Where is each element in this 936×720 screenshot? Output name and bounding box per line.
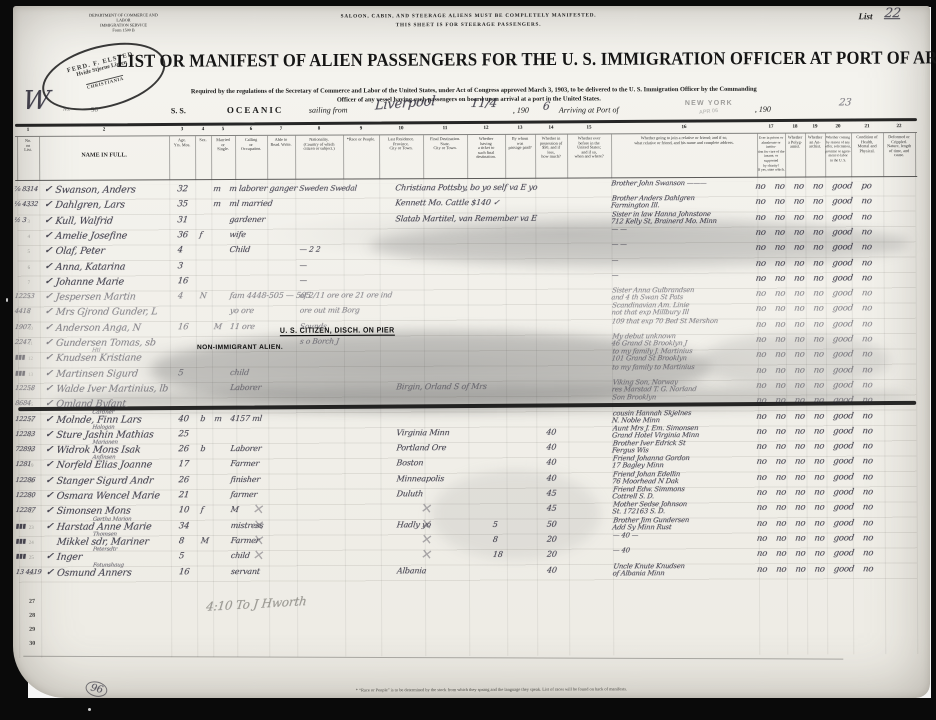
row-relative-address: Sister Anna Gulbrandsen and 4 th Swan St… — [611, 287, 763, 302]
row-occupation: ml married — [229, 199, 273, 208]
row-age: 34 — [178, 521, 190, 531]
column-number: 1 — [17, 128, 39, 133]
column-header: Able to Read. Write. — [267, 138, 295, 147]
column-header: Whether an An- archist. — [805, 135, 825, 149]
row-age: 5 — [177, 368, 183, 378]
required-line: Required by the regulations of the Secre… — [69, 85, 879, 96]
column-number: 10 — [379, 126, 423, 131]
row-marital: M — [213, 322, 222, 331]
row-money-amount: 40 — [546, 458, 557, 467]
column-number: 4 — [195, 127, 211, 132]
column-header: Last Residence. Province. City or Town. — [379, 137, 423, 151]
sheet-no-left: 56 — [91, 106, 98, 114]
row-relative-address: — 40 — [612, 547, 763, 555]
row-inspection-answers: no no no no good no — [756, 456, 921, 467]
row-money-amount: 18 — [492, 550, 503, 559]
row-checkmark: ✓ — [44, 277, 53, 287]
ss-label: S. S. — [171, 106, 186, 115]
row-checkmark: ✓ — [45, 552, 54, 562]
row-checkmark: ✓ — [44, 338, 53, 348]
row-destination: Albania — [396, 566, 426, 575]
footnote: * “Race or People” is to be determined b… — [281, 686, 701, 693]
row-age: 8 — [178, 536, 184, 546]
row-marital: m — [213, 199, 221, 208]
column-header: Final Destination. State. City or Town. — [423, 137, 467, 151]
row-occupation: finisher — [230, 475, 261, 484]
row-money-amount: 20 — [546, 550, 557, 559]
row-inspection-answers: no no no no good no — [755, 242, 920, 253]
row-checkmark: ✓ — [44, 231, 53, 241]
row-age: 31 — [177, 215, 189, 225]
row-checkmark: ✓ — [44, 200, 53, 210]
row-relative-address: to my family to Martinius — [612, 363, 763, 371]
row-passenger-altname: Marianen — [92, 440, 118, 446]
row-passenger-name: Knudsen Kristiane — [55, 353, 142, 364]
row-inspection-answers: no no no no good no — [755, 303, 920, 314]
notice-line-1: SALOON, CABIN, AND STEERAGE ALIENS MUST … — [248, 12, 688, 20]
row-checkmark: ✓ — [45, 430, 54, 440]
row-inspection-answers: no no no no good no — [756, 426, 921, 437]
row-age: 4 — [177, 291, 183, 301]
row-notes: s o Borch J — [299, 337, 339, 346]
row-relative-address: Son Brooklyn — [612, 394, 763, 402]
column-header: Ever in prison or almshouse or institu- … — [757, 136, 785, 173]
row-passenger-name: Walde Iver Martinius, lb — [55, 383, 168, 394]
row-destination: Portland Ore — [396, 443, 447, 452]
column-header: Sex. — [195, 138, 211, 143]
row-number: 29 — [29, 627, 35, 633]
row-relative-address: Aunt Mrs J. Em. Simonsen Grand Hotel Vir… — [611, 425, 763, 440]
column-number: 21 — [851, 124, 883, 129]
row-age: 36 — [177, 230, 189, 240]
row-passenger-altname: Gørtha Marion — [92, 516, 131, 522]
row-occupation: m laborer ganger — [229, 184, 298, 193]
row-passenger-name: Anna, Katarina — [55, 261, 126, 272]
row-relative-address: Brother Jim Gundersen Add Sy Minn Rust — [612, 516, 764, 531]
row-destination: Minneapolis — [396, 474, 445, 483]
row-passenger-name: Kull, Walfrid — [55, 215, 114, 226]
row-checkmark: ✓ — [44, 185, 53, 195]
row-inspection-answers: no no no no good no — [756, 564, 921, 575]
arriving-label: Arriving at Port of — [559, 105, 619, 114]
row-money-amount: 50 — [546, 519, 557, 528]
column-header: Married or Single. — [211, 138, 235, 152]
row-occupation: servant — [230, 566, 260, 575]
row-relative-address: Brother John Swanson ——— — [611, 180, 762, 188]
column-header: *Race or People. — [343, 137, 379, 142]
row-inspection-answers: no no no no good no — [756, 380, 921, 391]
column-number: 8 — [295, 127, 343, 132]
row-inspection-answers: no no no no good no — [756, 395, 921, 406]
row-age: 26 — [178, 444, 190, 454]
row-number: 27 — [29, 599, 35, 605]
row-checkmark: ✓ — [44, 353, 53, 363]
row-number: 30 — [29, 641, 35, 647]
row-relative-address: Viking Son, Norway res Marstad T. G. Nor… — [611, 379, 763, 394]
corner-mark: 96 — [84, 679, 109, 699]
row-age: 21 — [178, 490, 190, 500]
row-passenger-name: Mrs Gjrond Gunder, L — [55, 307, 158, 318]
row-inspection-answers: no no no no good no — [756, 411, 921, 422]
row-destination: Boston — [396, 459, 424, 468]
column-header: Deformed or Crippled. Nature, length of … — [883, 135, 915, 158]
row-checkmark: ✓ — [45, 475, 54, 485]
column-header: Age. Yrs. Mos. — [169, 138, 195, 147]
row-checkmark: ✓ — [44, 246, 53, 256]
row-passenger-name: Stanger Sigurd Andr — [56, 475, 154, 486]
row-destination: Kennett Mo. Cattle $140 ✓ — [395, 198, 500, 207]
oval-stamp: FERD. F. ELSTED Hvide Stjerne Linien CHR… — [35, 31, 172, 122]
row-relative-address: — — — [611, 241, 762, 249]
row-checkmark: ✓ — [45, 460, 54, 470]
column-header: Whether ever before in the United States… — [567, 136, 611, 159]
row-occupation: wife — [229, 230, 246, 239]
row-money-amount: 8 — [492, 535, 498, 544]
year-label-2: , 190 — [755, 105, 771, 114]
row-relative-address: Friend Johanna Gordon 17 Bagley Minn — [612, 455, 764, 470]
row-number: 5 — [28, 250, 31, 255]
row-money-amount: 40 — [546, 443, 557, 452]
row-money-amount: 5 — [492, 519, 498, 528]
row-age: 40 — [178, 414, 190, 424]
us-citizen-stamp: U. S. CITIZEN, DISCH. ON PIER — [280, 327, 395, 336]
row-money-amount: 40 — [546, 473, 557, 482]
row-occupation: Farmer — [230, 459, 260, 468]
row-relative-address: to my family J. Martinius 101 Grand St B… — [611, 348, 763, 363]
row-inspection-answers: no no no no good no — [756, 518, 921, 529]
row-destination: Birgin, Orland S of Mrs — [396, 382, 488, 391]
row-inspection-answers: no no no no good no — [755, 334, 920, 345]
row-occupation: M — [230, 505, 239, 514]
crossed-out-mark: ✕ — [420, 547, 434, 565]
row-occupation: Child — [229, 245, 251, 254]
column-number: 19 — [805, 124, 825, 129]
row-ticket-number: ▮▮▮ — [15, 537, 56, 545]
row-inspection-answers: no no no no good no — [756, 548, 921, 559]
row-inspection-answers: no no no no good no — [756, 487, 921, 498]
row-age: 25 — [178, 429, 190, 439]
column-number: 6 — [235, 127, 267, 132]
row-relative-address: — — [611, 272, 762, 280]
row-age: 16 — [178, 567, 190, 577]
non-immigrant-stamp: NON-IMMIGRANT ALIEN. — [197, 344, 283, 351]
row-relative-address: Brother Iver Edrick St Fergus Wis — [612, 440, 764, 455]
row-inspection-answers: no no no no good no — [756, 441, 921, 452]
row-age: 5 — [178, 551, 184, 561]
row-relative-address: Mother Sedse Johnson St. 172163 S. D. — [612, 501, 764, 516]
row-inspection-answers: no no no no good no — [755, 212, 920, 223]
list-number: 22 — [884, 6, 902, 21]
row-passenger-altname: Halogan — [92, 424, 115, 430]
table-end-line — [23, 656, 843, 660]
row-money-amount: 40 — [546, 427, 557, 436]
row-relative-address: My debut unknown 46 Grand St Brooklyn J — [611, 333, 763, 348]
row-sex: f — [199, 230, 203, 239]
row-age: 16 — [177, 276, 189, 286]
row-passenger-name: Olaf, Peter — [55, 246, 105, 257]
column-number: 20 — [825, 124, 851, 129]
row-inspection-answers: no no no no good no — [755, 365, 920, 376]
row-number: 6 — [28, 265, 31, 270]
page-no: 23 — [838, 97, 852, 108]
sailing-from-label: sailing from — [309, 106, 348, 115]
year-label: , 190 — [513, 106, 529, 115]
sailing-date: 11/4 — [470, 96, 498, 110]
row-passenger-altname: Fotunshaug — [93, 562, 125, 568]
row-passenger-name: Amelie Josefine — [55, 230, 128, 241]
row-passenger-altname: Petersdtr — [92, 547, 117, 553]
row-occupation: yo ore — [229, 306, 254, 315]
column-header: Calling or Occupation. — [235, 138, 267, 152]
column-header: Whether a Polyg- amist. — [785, 136, 805, 150]
row-passenger-name: Simonsen Mons — [56, 506, 131, 517]
row-notes: ore out mit Borg — [299, 306, 360, 315]
arrival-port-stamp: NEW YORK — [685, 100, 733, 107]
row-passenger-altname: Cardner — [92, 409, 114, 415]
row-passenger-altname: Thomsen — [92, 531, 117, 537]
no-label: No. — [63, 108, 70, 113]
row-notes: of 2/11 ore ore 21 ore ind — [299, 290, 393, 299]
row-checkmark: ✓ — [44, 215, 53, 225]
row-relative-address: Scandinavian Am. Linie not that exp Mill… — [611, 302, 763, 317]
row-inspection-answers: no no no no good no — [756, 533, 921, 544]
column-header: Whether in possession of $50, and if les… — [535, 137, 567, 160]
column-number: 12 — [467, 126, 505, 131]
row-age: 3 — [177, 261, 183, 271]
row-occupation: Laborer — [230, 444, 262, 453]
row-age: 16 — [177, 322, 189, 332]
row-checkmark: ✓ — [44, 368, 53, 378]
row-relative-address: Sister in law Hanna Johnstone 712 Kelly … — [611, 210, 763, 225]
column-number: 16 — [611, 125, 757, 131]
row-destination: Duluth — [396, 489, 424, 498]
row-inspection-answers: no no no no good po — [755, 181, 920, 192]
row-checkmark: ✓ — [45, 491, 54, 501]
row-checkmark: ✓ — [45, 445, 54, 455]
row-sex: b — [200, 414, 206, 423]
row-occupation: gardener — [229, 214, 266, 223]
column-number: 5 — [211, 127, 235, 132]
row-relative-address: Brother Anders Dahlgren Farmington Ill. — [610, 195, 762, 210]
row-money-amount: 20 — [546, 535, 557, 544]
row-age: 26 — [178, 475, 190, 485]
crossed-out-mark: ✕ — [252, 547, 266, 565]
row-inspection-answers: no no no no good no — [755, 349, 920, 360]
column-number: 18 — [785, 125, 805, 130]
row-passenger-name: Norfeld Elias Joanne — [56, 460, 153, 471]
row-inspection-answers: no no no no good no — [755, 258, 920, 269]
row-passenger-name: Osmara Wencel Marie — [56, 490, 160, 501]
row-money-amount: 45 — [546, 489, 557, 498]
column-number: 15 — [567, 125, 611, 130]
row-marital: m — [214, 414, 222, 423]
row-checkmark: ✓ — [44, 261, 53, 271]
column-header: Whether coming by reason of any offer, s… — [825, 135, 851, 163]
row-relative-address: Uncle Knute Knudsen of Albania Minn — [612, 562, 764, 577]
row-inspection-answers: no no no no good no — [756, 472, 921, 483]
row-sex: M — [200, 536, 209, 545]
row-relative-address: — — [611, 256, 762, 264]
row-sex: f — [200, 505, 204, 514]
row-passenger-name: Swanson, Anders — [55, 184, 137, 195]
row-passenger-name: Jespersen Martin — [55, 292, 136, 303]
column-header: NAME IN FULL. — [39, 153, 169, 158]
row-occupation: child — [230, 551, 250, 560]
column-header: No. on List. — [17, 139, 39, 153]
dept-stamp: DEPARTMENT OF COMMERCE AND LABOR IMMIGRA… — [84, 12, 162, 32]
row-destination: Slatab Martitel, van Remember va E — [395, 213, 537, 223]
column-header: Whether having a ticket to such final de… — [467, 137, 505, 160]
column-number: 2 — [39, 127, 169, 133]
row-money-amount: 40 — [546, 565, 557, 574]
list-label: List — [858, 11, 872, 21]
row-occupation: child — [230, 368, 250, 377]
row-age: 32 — [177, 184, 189, 194]
row-marital: m — [213, 184, 221, 193]
row-passenger-name: Gundersen Tomas, sb — [55, 337, 156, 348]
row-relative-address: cousin Hannah Skjelnes N. Noble Minn — [611, 409, 763, 424]
row-relative-address: Friend Johan Edellin 76 Moorhead N Dak — [612, 470, 764, 485]
column-header: Nationality. (Country of which citizen o… — [295, 138, 343, 152]
scanned-manifest-page: DEPARTMENT OF COMMERCE AND LABOR IMMIGRA… — [0, 0, 936, 720]
row-age: 4 — [177, 245, 183, 255]
row-checkmark: ✓ — [44, 322, 53, 332]
row-inspection-answers: no no no no good no — [756, 502, 921, 513]
row-destination: Virginia Minn — [396, 428, 450, 437]
row-relative-address: — 40 — — [612, 532, 763, 540]
column-header: Condition of Health, Mental and Physical… — [851, 135, 883, 154]
row-passenger-name: Martinsen Sigurd — [55, 368, 138, 379]
row-passenger-altname: Anfinsen — [92, 455, 116, 461]
row-relative-address: 109 that exp 70 Bed St Mershon — [611, 317, 762, 325]
column-header: By whom was passage paid? — [505, 137, 535, 151]
page-title: LIST OR MANIFEST OF ALIEN PASSENGERS FOR… — [117, 47, 901, 72]
row-passenger-name: Dahlgren, Lars — [55, 200, 126, 211]
row-number: 28 — [29, 613, 35, 619]
port-of-departure: Liverpool — [374, 94, 435, 114]
row-occupation: Laborer — [230, 383, 262, 392]
arrival-date-stamp: APR 06 — [699, 108, 719, 116]
row-age: 17 — [178, 460, 190, 470]
column-number: 14 — [535, 126, 567, 131]
column-number: 7 — [267, 127, 295, 132]
row-occupation: farmer — [230, 490, 258, 499]
row-passenger-name: Anderson Anga, N — [55, 322, 141, 333]
row-checkmark: ✓ — [44, 292, 53, 302]
row-checkmark: ✓ — [45, 567, 54, 577]
row-occupation: 11 ore — [229, 322, 255, 331]
row-inspection-answers: no no no no good no — [755, 273, 920, 284]
row-destination: Christiana Pottsby, bo yo self va E yo — [395, 183, 538, 193]
column-number: 9 — [343, 126, 379, 131]
ship-name: OCEANIC — [227, 105, 284, 115]
row-checkmark: ✓ — [45, 506, 54, 516]
manifest-content: DEPARTMENT OF COMMERCE AND LABOR IMMIGRA… — [0, 0, 936, 720]
row-relative-address: Friend Edw. Simmons Cottrell S. D. — [612, 486, 764, 501]
row-checkmark: ✓ — [45, 384, 54, 394]
row-notes: Sweden Swedal — [299, 183, 358, 192]
row-checkmark: ✓ — [45, 414, 54, 424]
row-checkmark: ✓ — [45, 521, 54, 531]
row-sex: N — [199, 291, 207, 300]
row-passenger-name: Molnde, Finn Lars — [56, 414, 143, 425]
officer-line: Officer of any vessel having such passen… — [249, 95, 689, 104]
row-inspection-answers: no no no no good no — [755, 196, 920, 207]
column-number: 17 — [757, 125, 785, 130]
pencil-note: 4:10 To J Hworth — [205, 594, 307, 614]
row-checkmark: ✓ — [45, 399, 54, 409]
row-relative-address: — — — [611, 226, 762, 234]
row-passenger-name: Osmund Anners — [56, 567, 132, 578]
row-sex: b — [200, 444, 206, 453]
row-passenger-name: Inger — [56, 552, 82, 563]
row-occupation: 4157 ml — [230, 413, 263, 422]
row-inspection-answers: no no no no good no — [755, 319, 920, 330]
column-number: 3 — [169, 127, 195, 132]
column-number: 13 — [505, 126, 535, 131]
row-passenger-name: Omland Byfant — [56, 399, 127, 410]
row-notes: — — [299, 260, 307, 269]
row-number: 7 — [28, 281, 31, 286]
dept-line-1: DEPARTMENT OF COMMERCE AND LABOR — [84, 12, 162, 22]
column-header: Whether going to join a relative or frie… — [611, 136, 757, 146]
row-passenger-altname: Htl — [92, 348, 101, 354]
row-inspection-answers: no no no no good no — [755, 227, 920, 238]
year-digit: 6 — [542, 100, 550, 113]
row-notes: — 2 2 — [299, 245, 321, 254]
row-number: 4 — [27, 235, 30, 240]
column-rule — [915, 133, 916, 176]
row-passenger-name: Johanne Marie — [55, 276, 124, 287]
row-age: 35 — [177, 200, 189, 210]
row-age: 10 — [178, 506, 190, 516]
row-checkmark: ✓ — [44, 307, 53, 317]
notice-line-2: THIS SHEET IS FOR STEERAGE PASSENGERS. — [329, 21, 609, 28]
margin-letter: W — [21, 86, 51, 116]
row-inspection-answers: no no no no good no — [755, 288, 920, 299]
dept-line-3: Form 1500 B — [85, 27, 163, 32]
row-notes: — — [299, 275, 307, 284]
column-number: 22 — [883, 124, 915, 129]
row-money-amount: 45 — [546, 504, 557, 513]
column-number: 11 — [423, 126, 467, 131]
